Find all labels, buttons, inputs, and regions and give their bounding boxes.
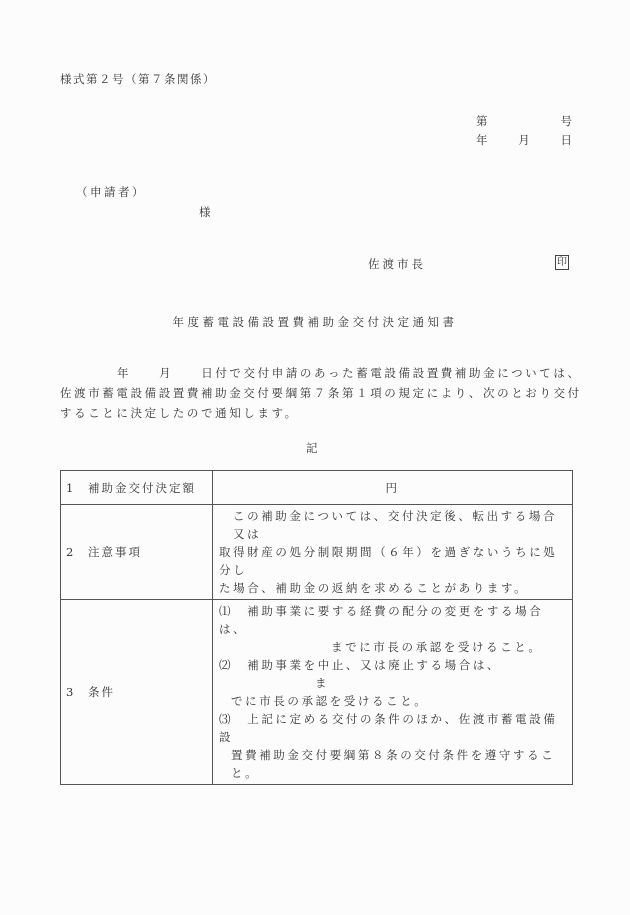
form-number: 様式第２号（第７条関係） — [60, 71, 216, 87]
conditions-value: ⑴ 補助事業に要する経費の配分の変更をする場合は、 までに市長の承認を受けること… — [213, 600, 573, 785]
table-row: 2注意事項 この補助金については、交付決定後、転出する場合又は 取得財産の処分制… — [61, 505, 573, 600]
body-line1: 日付で交付申請のあった蓄電設備設置費補助金については、 — [201, 366, 581, 380]
doc-number-go: 号 — [561, 113, 573, 132]
row-label: 3条件 — [61, 600, 213, 785]
notes-value: この補助金については、交付決定後、転出する場合又は 取得財産の処分制限期間（６年… — [213, 505, 573, 600]
date-day: 日 — [561, 132, 573, 151]
row-label: 2注意事項 — [61, 505, 213, 600]
date-month: 月 — [518, 132, 530, 151]
body-year: 年 — [117, 366, 131, 380]
seal-icon: 印 — [555, 255, 569, 270]
document-title: 年度蓄電設備設置費補助金交付決定通知書 — [0, 314, 630, 330]
ki-heading: 記 — [306, 440, 318, 456]
body-month: 月 — [159, 366, 173, 380]
decision-table: 1補助金交付決定額 円 2注意事項 この補助金については、交付決定後、転出する場… — [60, 470, 573, 785]
table-row: 3条件 ⑴ 補助事業に要する経費の配分の変更をする場合は、 までに市長の承認を受… — [61, 600, 573, 785]
document-number-block: 第 号 年 月 日 — [476, 113, 572, 151]
body-line3: することに決定したので通知します。 — [60, 403, 572, 423]
recipient-honorific: 様 — [199, 204, 211, 220]
issuer-name: 佐渡市長 — [368, 256, 426, 272]
body-line2: 佐渡市蓄電設備設置費補助金交付要綱第７条第１項の規定により、次のとおり交付 — [60, 383, 572, 403]
date-year: 年 — [476, 132, 488, 151]
applicant-label: （申請者） — [76, 184, 146, 200]
grant-amount-value: 円 — [213, 471, 573, 505]
notice-body: 年月日付で交付申請のあった蓄電設備設置費補助金については、 佐渡市蓄電設備設置費… — [60, 363, 572, 423]
row-label: 1補助金交付決定額 — [61, 471, 213, 505]
doc-number-dai: 第 — [476, 113, 488, 132]
table-row: 1補助金交付決定額 円 — [61, 471, 573, 505]
